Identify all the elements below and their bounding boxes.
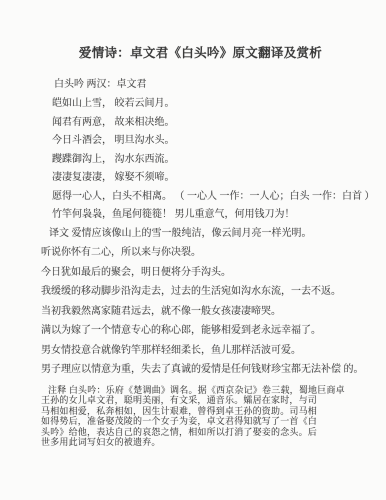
- poem-line: 今日斗酒会， 明旦沟水头。: [41, 136, 360, 146]
- translation-line: 当初我毅然离家随君远去，就不像一般女孩凄凄啼哭。: [41, 307, 360, 317]
- note-line: 如得势后，准备娶茂陵的一个女子为妾，卓文君得知就写了一首《白: [41, 416, 360, 427]
- translation-line: 男女情投意合就像钓竿那样轻细柔长，鱼儿那样活波可爱。: [41, 346, 360, 356]
- translation-line: 我缓缓的移动脚步沿沟走去，过去的生活宛如沟水东流，一去不返。: [41, 287, 360, 297]
- translation-line: 满以为嫁了一个情意专心的称心郎，能够相爱到老永远幸福了。: [41, 326, 360, 336]
- poem-line: 躞蹀御沟上， 沟水东西流。: [41, 155, 360, 165]
- document-title: 爱情诗：卓文君《白头吟》原文翻译及赏析: [41, 0, 360, 60]
- note-line: 世多用此词写妇女的被遗弃。: [41, 437, 360, 448]
- note-line: 头吟》给他，表达自己的哀怨之情，相如所以打消了娶妾的念头。后: [41, 427, 360, 438]
- poem-line: 竹竿何袅袅，鱼尾何簁簁！ 男儿重意气，何用钱刀为！: [41, 210, 360, 220]
- poem-line: 闻君有两意， 故来相决绝。: [41, 118, 360, 128]
- translation-section: 译文 爱情应该像山上的雪一般纯洁，像云间月亮一样光明。 听说你怀有二心，所以来与…: [41, 229, 360, 376]
- translation-line: 听说你怀有二心，所以来与你决裂。: [41, 248, 360, 258]
- translation-line: 男子理应以情意为重，失去了真诚的爱情是任何钱财珍宝都无法补偿 的。: [41, 365, 360, 375]
- poem-header: 白头吟 两汉：卓文君: [41, 80, 360, 90]
- note-line: 王孙的女儿卓文君，聪明美丽，有文采，通音乐。孀居在家时，与司: [41, 395, 360, 406]
- notes-section: 注释 白头吟：乐府《楚调曲》调名。据《西京杂记》卷三载，蜀地巨商卓 王孙的女儿卓…: [41, 385, 360, 448]
- translation-line: 今日犹如最后的聚会，明日便将分手沟头。: [41, 268, 360, 278]
- poem-line: 凄凄复凄凄， 嫁娶不须啼。: [41, 173, 360, 183]
- poem-line: 愿得一心人，白头不相离。 （ 一心人 一作：一人心；白头 一作：白首 ）: [41, 192, 360, 202]
- note-line: 注释 白头吟：乐府《楚调曲》调名。据《西京杂记》卷三载，蜀地巨商卓: [41, 385, 360, 396]
- poem-line: 皑如山上雪， 皎若云间月。: [41, 99, 360, 109]
- note-line: 马相如相爱，私奔相如，因生计艰难，曾得到卓王孙的资助。司马相: [41, 406, 360, 417]
- document-page: 爱情诗：卓文君《白头吟》原文翻译及赏析 白头吟 两汉：卓文君 皑如山上雪， 皎若…: [0, 0, 386, 500]
- translation-line: 译文 爱情应该像山上的雪一般纯洁，像云间月亮一样光明。: [41, 229, 360, 239]
- poem-section: 皑如山上雪， 皎若云间月。 闻君有两意， 故来相决绝。 今日斗酒会， 明旦沟水头…: [41, 99, 360, 220]
